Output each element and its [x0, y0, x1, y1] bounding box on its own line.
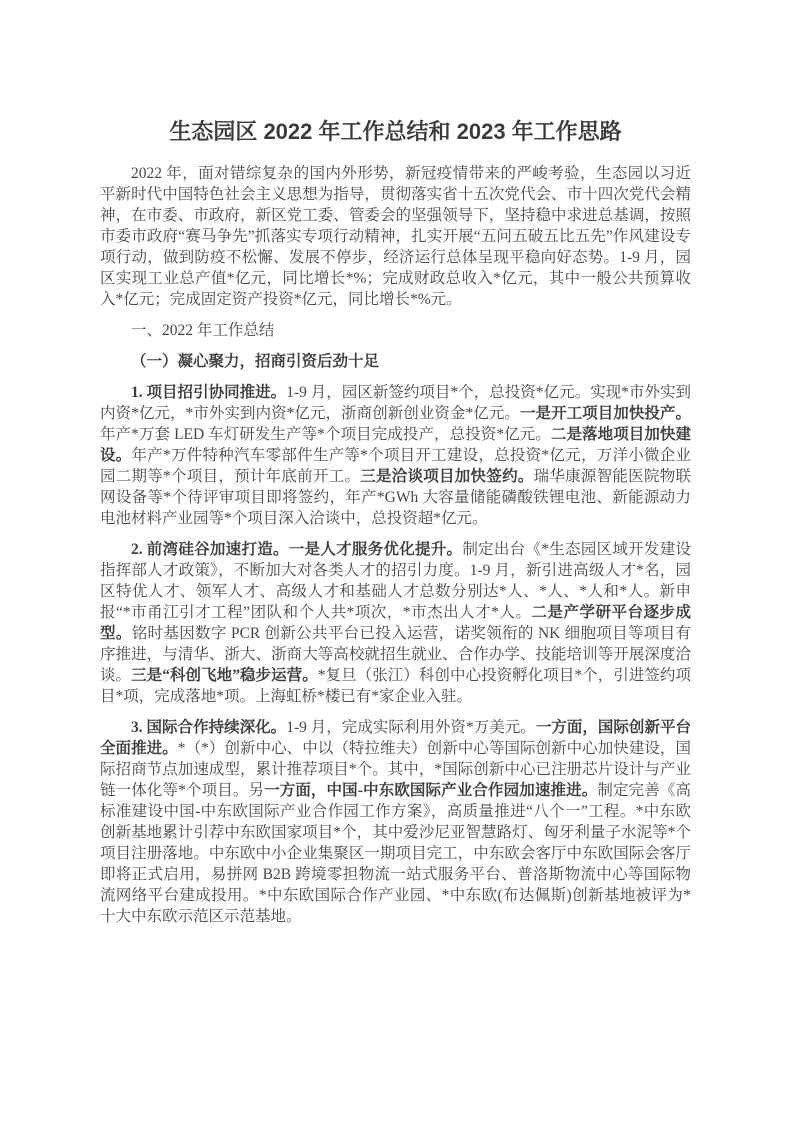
document-body: 2022 年，面对错综复杂的国内外形势，新冠疫情带来的严峻考验，生态园以习近平新… — [100, 163, 691, 927]
document-title: 生态园区 2022 年工作总结和 2023 年工作思路 — [100, 117, 691, 147]
text-run: 1-9 月，完成实际利用外资*万美元。 — [286, 719, 536, 736]
bold-text-run: 3. 国际合作持续深化。 — [131, 719, 286, 736]
body-paragraph: 1. 项目招引协同推进。1-9 月，园区新签约项目*个，总投资*亿元。实现*市外… — [100, 382, 691, 529]
body-paragraph: 3. 国际合作持续深化。1-9 月，完成实际利用外资*万美元。一方面，国际创新平… — [100, 717, 691, 927]
bold-text-run: 2. 前湾硅谷加速打造。一是人才服务优化提升。 — [131, 541, 462, 558]
bold-text-run: 三是洽谈项目加快签约。 — [360, 468, 533, 485]
bold-text-run: 一是开工项目加快投产。 — [520, 405, 691, 422]
text-run: 2022 年，面对错综复杂的国内外形势，新冠疫情带来的严峻考验，生态园以习近平新… — [100, 165, 691, 308]
heading1: 一、2022 年工作总结 — [100, 320, 691, 341]
bold-text-run: （一）凝心聚力，招商引资后劲十足 — [131, 353, 379, 370]
text-run: 一、2022 年工作总结 — [131, 322, 274, 339]
document-page: 生态园区 2022 年工作总结和 2023 年工作思路 2022 年，面对错综复… — [0, 0, 793, 1122]
bold-text-run: 三是“科创飞地”稳步运营。 — [131, 667, 318, 684]
text-run: 制定完善《高标准建设中国-中东欧国际产业合作园工作方案》，高质量推进“八个一”工… — [100, 782, 691, 925]
bold-text-run: 1. 项目招引协同推进。 — [131, 384, 286, 401]
body-paragraph: 2022 年，面对错综复杂的国内外形势，新冠疫情带来的严峻考验，生态园以习近平新… — [100, 163, 691, 310]
heading2: （一）凝心聚力，招商引资后劲十足 — [100, 351, 691, 372]
body-paragraph: 2. 前湾硅谷加速打造。一是人才服务优化提升。制定出台《*生态园区域开发建设指挥… — [100, 539, 691, 707]
text-run: 年产*万套 LED 车灯研发生产等*个项目完成投产，总投资*亿元。 — [100, 426, 551, 443]
bold-text-run: 一方面，中国-中东欧国际产业合作园加速推进。 — [264, 782, 597, 799]
